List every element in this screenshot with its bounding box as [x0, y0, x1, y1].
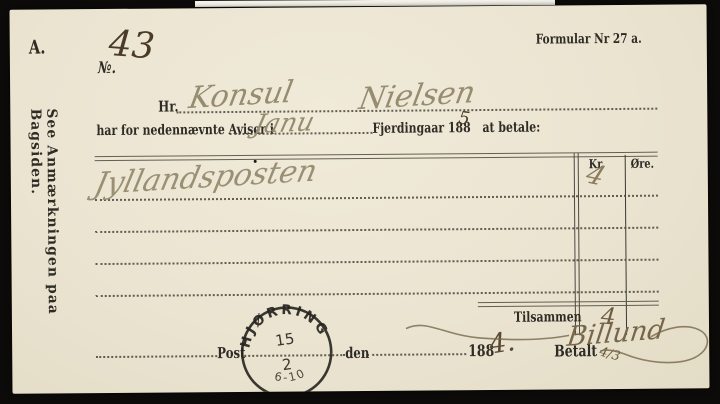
receipt-card: A. Formular Nr 27 a. №. 43 See Anmærknin…	[10, 4, 710, 393]
postmark-day: 15	[274, 329, 296, 350]
postmark-stamp: HJØRRING 15 2 6-10	[232, 297, 342, 394]
form-sheet: A. Formular Nr 27 a. №. 43 See Anmærknin…	[10, 4, 710, 393]
signature-flourish	[10, 4, 710, 393]
